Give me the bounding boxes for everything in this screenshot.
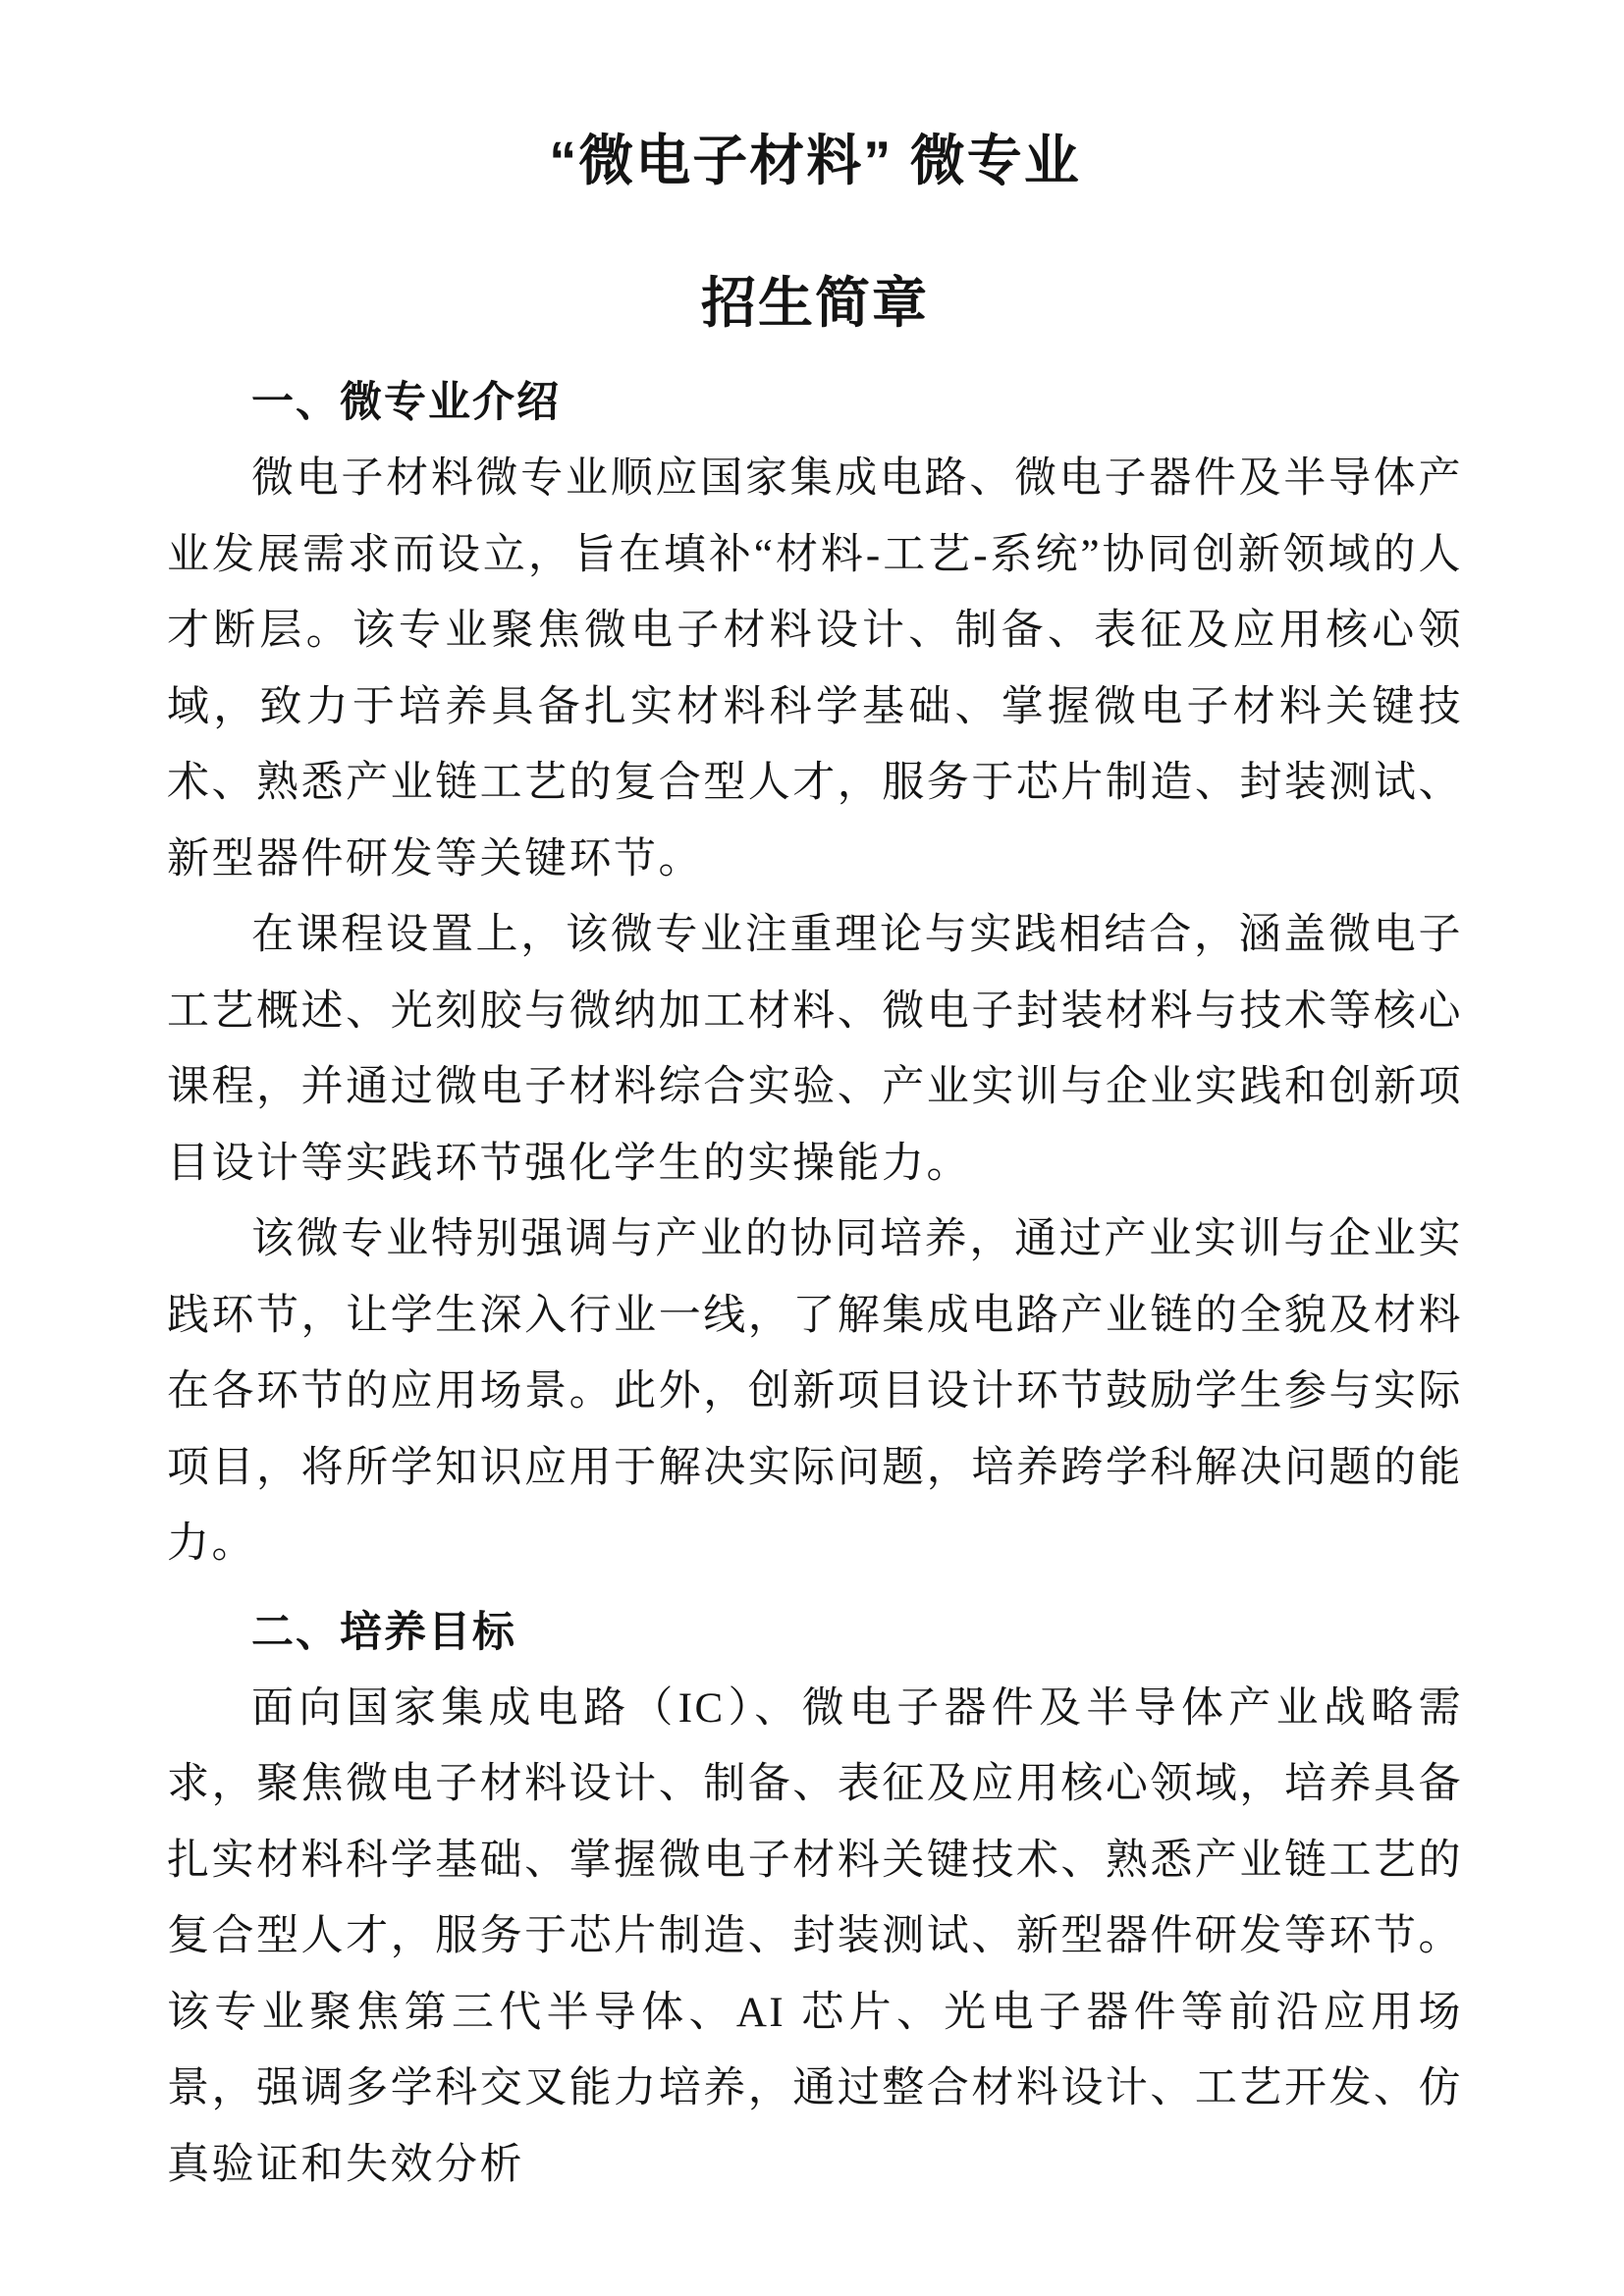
document-subtitle: 招生简章 (167, 258, 1463, 348)
section-1-paragraph-3: 该微专业特别强调与产业的协同培养，通过产业实训与企业实践环节，让学生深入行业一线… (167, 1201, 1463, 1582)
document-page: “微电子材料” 微专业 招生简章 一、微专业介绍 微电子材料微专业顺应国家集成电… (0, 0, 1624, 2296)
section-1-paragraph-1: 微电子材料微专业顺应国家集成电路、微电子器件及半导体产业发展需求而设立，旨在填补… (167, 441, 1463, 897)
section-2-heading: 二、培养目标 (167, 1594, 1463, 1671)
section-1-paragraph-2: 在课程设置上，该微专业注重理论与实践相结合，涵盖微电子工艺概述、光刻胶与微纳加工… (167, 897, 1463, 1201)
section-2-paragraph-1: 面向国家集成电路（IC）、微电子器件及半导体产业战略需求，聚焦微电子材料设计、制… (167, 1671, 1463, 2204)
document-title: “微电子材料” 微专业 (167, 116, 1463, 206)
section-1-heading: 一、微专业介绍 (167, 364, 1463, 441)
